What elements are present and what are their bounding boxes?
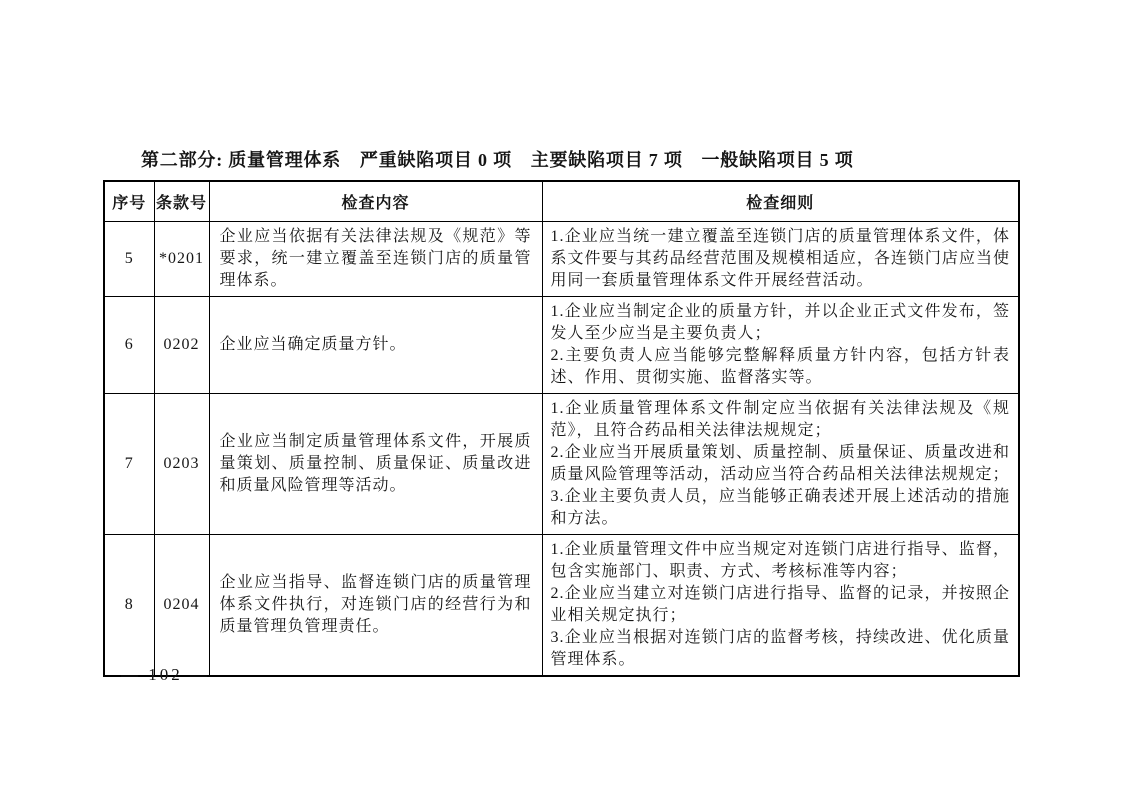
clause-cell: 0203 — [154, 393, 209, 534]
content-cell: 企业应当制定质量管理体系文件，开展质量策划、质量控制、质量保证、质量改进和质量风… — [209, 393, 542, 534]
content-cell: 企业应当确定质量方针。 — [209, 296, 542, 393]
clause-cell: *0201 — [154, 221, 209, 296]
clause-cell: 0202 — [154, 296, 209, 393]
seq-cell: 6 — [104, 296, 154, 393]
column-header-details: 检查细则 — [542, 181, 1019, 221]
detail-line: 2.主要负责人应当能够完整解释质量方针内容，包括方针表述、作用、贯彻实施、监督落… — [551, 345, 1011, 389]
table-row: 5 *0201 企业应当依据有关法律法规及《规范》等要求，统一建立覆盖至连锁门店… — [104, 221, 1019, 296]
column-header-clause: 条款号 — [154, 181, 209, 221]
details-cell: 1.企业应当制定企业的质量方针，并以企业正式文件发布，签发人至少应当是主要负责人… — [542, 296, 1019, 393]
detail-line: 1.企业应当制定企业的质量方针，并以企业正式文件发布，签发人至少应当是主要负责人… — [551, 301, 1011, 345]
seq-cell: 5 — [104, 221, 154, 296]
seq-cell: 7 — [104, 393, 154, 534]
content-cell: 企业应当指导、监督连锁门店的质量管理体系文件执行，对连锁门店的经营行为和质量管理… — [209, 534, 542, 676]
clause-cell: 0204 — [154, 534, 209, 676]
detail-line: 1.企业质量管理体系文件制定应当依据有关法律法规及《规范》，且符合药品相关法律法… — [551, 398, 1011, 442]
details-cell: 1.企业质量管理文件中应当规定对连锁门店进行指导、监督，包含实施部门、职责、方式… — [542, 534, 1019, 676]
details-cell: 1.企业质量管理体系文件制定应当依据有关法律法规及《规范》，且符合药品相关法律法… — [542, 393, 1019, 534]
detail-line: 1.企业质量管理文件中应当规定对连锁门店进行指导、监督，包含实施部门、职责、方式… — [551, 539, 1011, 583]
detail-line: 1.企业应当统一建立覆盖至连锁门店的质量管理体系文件，体系文件要与其药品经营范围… — [551, 226, 1011, 292]
detail-line: 2.企业应当开展质量策划、质量控制、质量保证、质量改进和质量风险管理等活动，活动… — [551, 442, 1011, 486]
detail-line: 2.企业应当建立对连锁门店进行指导、监督的记录，并按照企业相关规定执行； — [551, 583, 1011, 627]
content-cell: 企业应当依据有关法律法规及《规范》等要求，统一建立覆盖至连锁门店的质量管理体系。 — [209, 221, 542, 296]
page-number: — 102 — — [121, 665, 210, 685]
table-header-row: 序号 条款号 检查内容 检查细则 — [104, 181, 1019, 221]
table-row: 7 0203 企业应当制定质量管理体系文件，开展质量策划、质量控制、质量保证、质… — [104, 393, 1019, 534]
column-header-content: 检查内容 — [209, 181, 542, 221]
column-header-seq: 序号 — [104, 181, 154, 221]
details-cell: 1.企业应当统一建立覆盖至连锁门店的质量管理体系文件，体系文件要与其药品经营范围… — [542, 221, 1019, 296]
seq-cell: 8 — [104, 534, 154, 676]
table-row: 6 0202 企业应当确定质量方针。 1.企业应当制定企业的质量方针，并以企业正… — [104, 296, 1019, 393]
detail-line: 3.企业主要负责人员，应当能够正确表述开展上述活动的措施和方法。 — [551, 486, 1011, 530]
section-title: 第二部分: 质量管理体系 严重缺陷项目 0 项 主要缺陷项目 7 项 一般缺陷项… — [141, 146, 854, 172]
detail-line: 3.企业应当根据对连锁门店的监督考核，持续改进、优化质量管理体系。 — [551, 627, 1011, 671]
inspection-checklist-table: 序号 条款号 检查内容 检查细则 5 *0201 企业应当依据有关法律法规及《规… — [103, 180, 1020, 677]
table-row: 8 0204 企业应当指导、监督连锁门店的质量管理体系文件执行，对连锁门店的经营… — [104, 534, 1019, 676]
